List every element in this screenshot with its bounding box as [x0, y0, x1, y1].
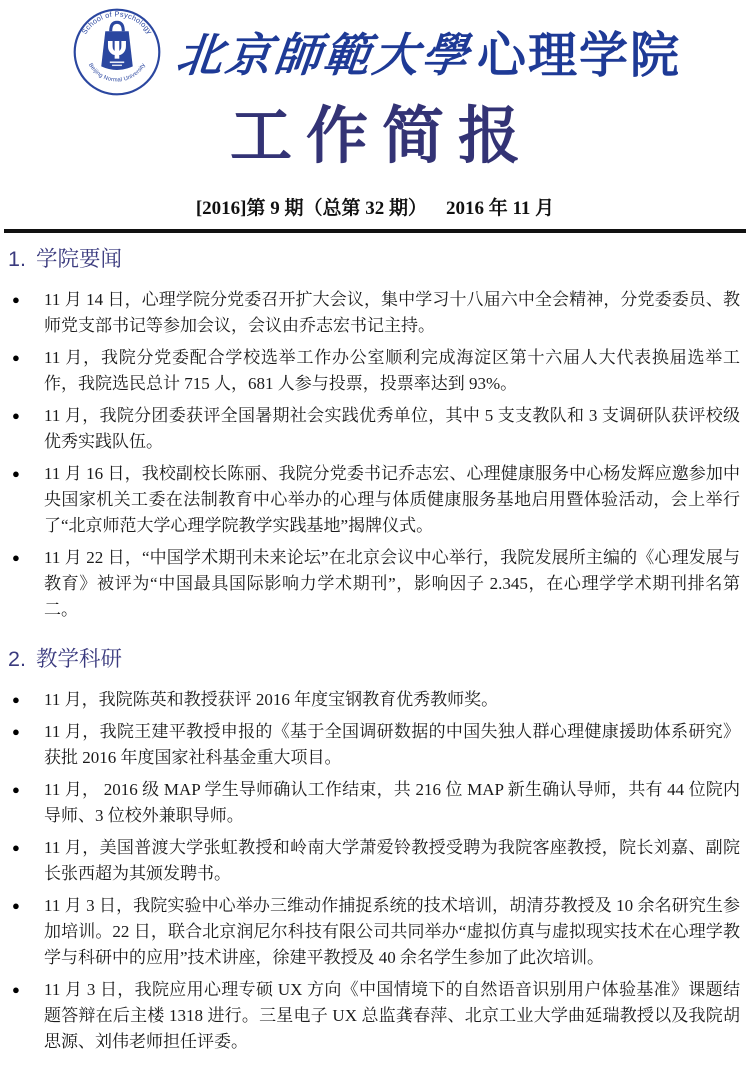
section-title: 教学科研 [36, 646, 122, 672]
section-heading: 1. 学院要闻 [0, 246, 750, 272]
news-item-text: 11 月，我院分党委配合学校选举工作办公室顺利完成海淀区第十六届人大代表换届选举… [44, 345, 740, 397]
section-title: 学院要闻 [36, 246, 122, 272]
school-seal-logo: School of Psychology Beijing Normal Univ… [69, 7, 165, 97]
psi-symbol: Ψ [107, 35, 128, 64]
news-item-text: 11 月 3 日，我院应用心理专硕 UX 方向《中国情境下的自然语音识别用户体验… [44, 977, 740, 1055]
seal-inscription-mark [112, 65, 122, 66]
news-item-text: 11 月 22 日，“中国学术期刊未来论坛”在北京会议中心举行，我院发展所主编的… [44, 545, 740, 623]
news-item: ● 11 月 3 日，我院应用心理专硕 UX 方向《中国情境下的自然语音识别用户… [0, 977, 750, 1055]
news-item: ● 11 月 22 日，“中国学术期刊未来论坛”在北京会议中心举行，我院发展所主… [0, 545, 750, 623]
news-item-text: 11 月，我院分团委获评全国暑期社会实践优秀单位，其中 5 支支教队和 3 支调… [44, 403, 740, 455]
news-item: ● 11 月 14 日，心理学院分党委召开扩大会议，集中学习十八届六中全会精神，… [0, 287, 750, 339]
seal-inscription-mark [110, 61, 124, 63]
news-item-text: 11 月， 2016 级 MAP 学生导师确认工作结束，共 216 位 MAP … [44, 777, 740, 829]
bullet-icon: ● [12, 461, 44, 539]
bulletin-page: School of Psychology Beijing Normal Univ… [0, 0, 750, 1069]
bullet-icon: ● [12, 287, 44, 339]
news-item-text: 11 月，我院陈英和教授获评 2016 年度宝钢教育优秀教师奖。 [44, 687, 740, 713]
bullet-icon: ● [12, 777, 44, 829]
bullet-icon: ● [12, 893, 44, 971]
news-item-text: 11 月，美国普渡大学张虹教授和岭南大学萧爱铃教授受聘为我院客座教授，院长刘嘉、… [44, 835, 740, 887]
bullet-icon: ● [12, 687, 44, 713]
issue-line: [2016]第 9 期（总第 32 期） 2016 年 11 月 [0, 193, 750, 220]
section-heading: 2. 教学科研 [0, 646, 750, 672]
bullet-icon: ● [12, 545, 44, 623]
news-item: ● 11 月 16 日，我校副校长陈丽、我院分党委书记乔志宏、心理健康服务中心杨… [0, 461, 750, 539]
bullet-icon: ● [12, 835, 44, 887]
news-item-text: 11 月 3 日，我院实验中心举办三维动作捕捉系统的技术培训，胡清芬教授及 10… [44, 893, 740, 971]
news-item-text: 11 月 14 日，心理学院分党委召开扩大会议，集中学习十八届六中全会精神，分党… [44, 287, 740, 339]
school-name: 心理学院 [477, 17, 681, 87]
bullet-icon: ● [12, 719, 44, 771]
news-item: ● 11 月 3 日，我院实验中心举办三维动作捕捉系统的技术培训，胡清芬教授及 … [0, 893, 750, 971]
news-item: ● 11 月，我院陈英和教授获评 2016 年度宝钢教育优秀教师奖。 [0, 687, 750, 713]
header: School of Psychology Beijing Normal Univ… [0, 0, 750, 98]
section-college-news: 1. 学院要闻 ● 11 月 14 日，心理学院分党委召开扩大会议，集中学习十八… [0, 246, 750, 623]
section-teaching-research: 2. 教学科研 ● 11 月，我院陈英和教授获评 2016 年度宝钢教育优秀教师… [0, 646, 750, 1055]
bulletin-title: 工作简报 [0, 102, 750, 173]
section-number: 1. [8, 246, 26, 272]
bullet-icon: ● [12, 977, 44, 1055]
organization-name: 北京師範大學 心理学院 [177, 17, 681, 87]
university-name-calligraphy: 北京師範大學 [174, 19, 475, 85]
news-item: ● 11 月，我院分团委获评全国暑期社会实践优秀单位，其中 5 支支教队和 3 … [0, 403, 750, 455]
news-item: ● 11 月，美国普渡大学张虹教授和岭南大学萧爱铃教授受聘为我院客座教授，院长刘… [0, 835, 750, 887]
news-item: ● 11 月，我院分党委配合学校选举工作办公室顺利完成海淀区第十六届人大代表换届… [0, 345, 750, 397]
section-number: 2. [8, 646, 26, 672]
bullet-icon: ● [12, 345, 44, 397]
header-divider [4, 229, 746, 233]
bullet-icon: ● [12, 403, 44, 455]
news-item-text: 11 月，我院王建平教授申报的《基于全国调研数据的中国失独人群心理健康援助体系研… [44, 719, 740, 771]
news-item-text: 11 月 16 日，我校副校长陈丽、我院分党委书记乔志宏、心理健康服务中心杨发辉… [44, 461, 740, 539]
news-item: ● 11 月，我院王建平教授申报的《基于全国调研数据的中国失独人群心理健康援助体… [0, 719, 750, 771]
news-item: ● 11 月， 2016 级 MAP 学生导师确认工作结束，共 216 位 MA… [0, 777, 750, 829]
